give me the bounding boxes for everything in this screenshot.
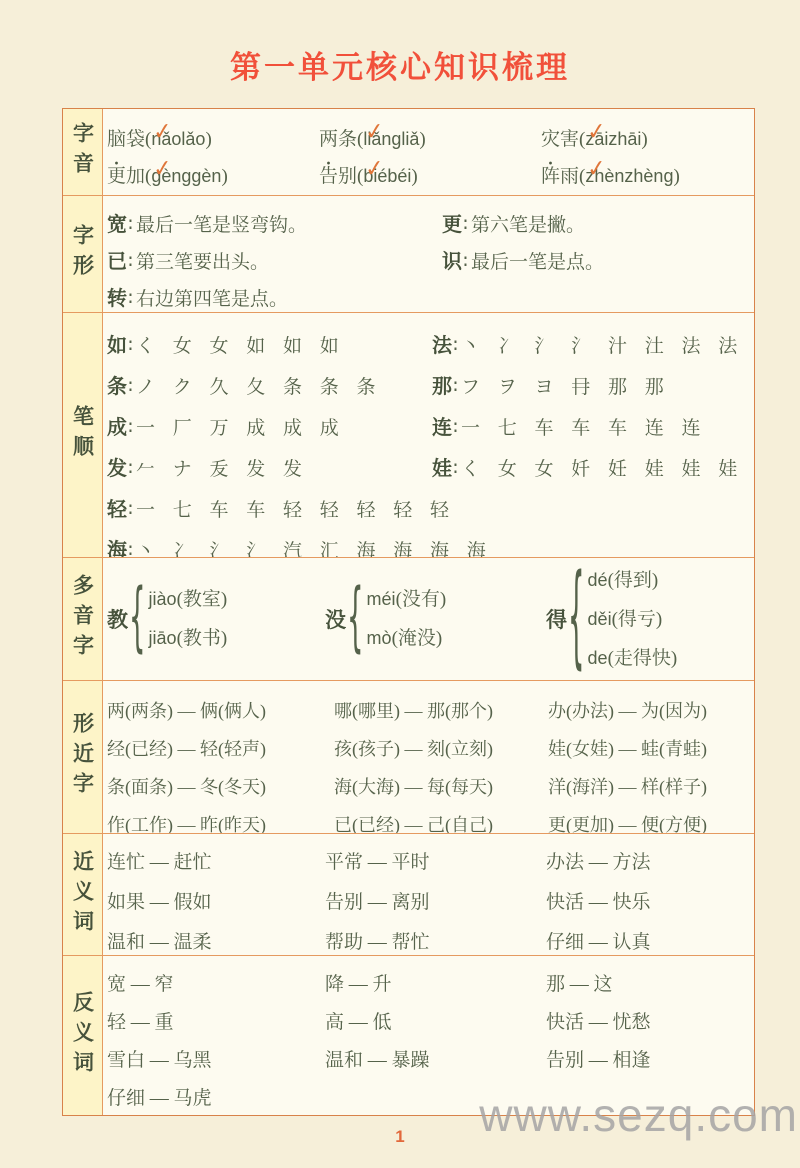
pinyin-wrong: zhèng: [624, 166, 673, 186]
row-label-xingjinzi: 形近字: [63, 681, 103, 833]
polyphone-option: dé(得到): [588, 561, 678, 600]
colon: ∶: [128, 289, 133, 310]
synonym-pair: 温和 — 温柔: [107, 923, 325, 956]
row-label-fanyici: 反义词: [63, 956, 103, 1115]
stroke-char: 那: [432, 376, 452, 398]
stroke-char: 法: [432, 335, 452, 357]
antonym-pair: 快活 — 忧愁: [546, 1004, 754, 1042]
stroke-order-item: 发∶𠂉 ナ 叐 发 发: [107, 449, 432, 490]
polyphone-group: 得 { dé(得到) děi(得亏) de(走得快): [546, 561, 754, 678]
similar-char-pair: 两(两条) — 俩(俩人): [107, 692, 334, 730]
stroke-note: 转∶右边第四笔是点。: [107, 281, 442, 313]
stroke-order-item: 那∶フ ヲ ヨ 冄 那 那: [432, 367, 754, 408]
synonym-pair: 如果 — 假如: [107, 883, 325, 923]
check-icon: ✓: [151, 113, 174, 152]
stroke-note: 宽∶最后一笔是竖弯钩。: [107, 207, 442, 244]
colon: ∶: [463, 215, 468, 236]
row-ziyin: 字音 脑·袋(nǎo✓lǎo) 两·条(liǎng✓liǎ) 灾·害(zāi✓z…: [63, 109, 754, 196]
stroke-char: 连: [432, 417, 452, 439]
word-char: 袋: [126, 129, 145, 150]
colon: ∶: [128, 336, 133, 357]
stroke-sequence: 丶 冫 氵 氵 汽 汇 海 海 海 海: [136, 541, 486, 558]
similar-char-pair: 洋(海洋) — 样(样子): [548, 768, 754, 806]
pronunciation-item: 更·加(gèng✓gèn): [107, 158, 319, 195]
row-xingjinzi: 形近字 两(两条) — 俩(俩人) 哪(哪里) — 那(那个) 办(办法) — …: [63, 681, 754, 834]
antonym-pair: 仔细 — 马虎: [107, 1080, 325, 1115]
word-char: 更: [107, 166, 126, 187]
note-text: 最后一笔是竖弯钩。: [136, 215, 307, 236]
polyphone-option: mò(淹没): [367, 619, 447, 658]
note-text: 第三笔要出头。: [136, 252, 269, 273]
stroke-sequence: 一 厂 万 成 成 成: [136, 418, 339, 439]
similar-char-pair: 娃(女娃) — 蛙(青蛙): [548, 730, 754, 768]
antonym-pair: 雪白 — 乌黑: [107, 1042, 325, 1080]
pinyin: de: [588, 648, 608, 668]
example-word: (淹没): [392, 628, 443, 649]
antonym-pair: 降 — 升: [325, 966, 546, 1004]
paren: ): [221, 166, 227, 187]
colon: ∶: [463, 252, 468, 273]
word-char: 别: [338, 166, 357, 187]
colon: ∶: [128, 377, 133, 398]
paren: ): [205, 129, 211, 150]
synonym-pair: 连忙 — 赶忙: [107, 843, 325, 883]
polyphone-option: de(走得快): [588, 639, 678, 678]
similar-char-pair: 作(工作) — 昨(昨天): [107, 806, 334, 834]
note-char: 更: [442, 214, 462, 236]
pronunciation-item: 阵·雨(zhèn✓zhèng): [541, 158, 754, 195]
word-char: 两: [319, 129, 338, 150]
synonym-pair: 帮助 — 帮忙: [325, 923, 546, 956]
row-label-jinyici: 近义词: [63, 834, 103, 955]
synonym-pair: 告别 — 离别: [325, 883, 546, 923]
example-word: (教书): [177, 628, 228, 649]
stroke-order-item: 连∶一 七 车 车 车 连 连: [432, 408, 754, 449]
note-char: 识: [442, 251, 462, 273]
stroke-order-item: 法∶丶 冫 氵 氵 汁 汢 法 法: [432, 326, 754, 367]
colon: ∶: [128, 215, 133, 236]
stroke-order-item: 娃∶く 女 女 奷 妊 娃 娃 娃 娃: [432, 449, 754, 490]
stroke-order-item: 海∶丶 冫 氵 氵 汽 汇 海 海 海 海: [107, 531, 754, 558]
stroke-char: 如: [107, 335, 127, 357]
example-word: (教室): [177, 589, 228, 610]
brace-icon: {: [129, 576, 146, 663]
polyphone-option: děi(得亏): [588, 600, 678, 639]
stroke-sequence: く 女 女 如 如 如: [136, 336, 339, 357]
polyphone-char: 得: [546, 604, 567, 634]
word-char: 阵: [541, 166, 560, 187]
row-label-ziyin: 字音: [63, 109, 103, 195]
stroke-char: 海: [107, 540, 127, 558]
stroke-sequence: フ ヲ ヨ 冄 那 那: [461, 377, 664, 398]
duoyinzi-content: 教 { jiào(教室) jiāo(教书) 没 { méi(没有) mò(淹没)…: [103, 558, 754, 680]
pinyin: jiào: [149, 589, 177, 609]
colon: ∶: [128, 418, 133, 439]
brace-icon: {: [347, 576, 364, 663]
antonym-pair: 告别 — 相逢: [546, 1042, 754, 1080]
colon: ∶: [128, 500, 133, 521]
polyphone-group: 没 { méi(没有) mò(淹没): [325, 580, 546, 658]
note-text: 最后一笔是点。: [471, 252, 604, 273]
similar-char-pair: 办(办法) — 为(因为): [548, 692, 754, 730]
similar-char-pair: 已(已经) — 己(自己): [334, 806, 548, 834]
note-text: 第六笔是撇。: [471, 215, 585, 236]
colon: ∶: [453, 459, 458, 480]
polyphone-option: méi(没有): [367, 580, 447, 619]
pinyin-wrong: zhāi: [608, 129, 641, 149]
colon: ∶: [128, 459, 133, 480]
polyphone-option: jiāo(教书): [149, 619, 228, 658]
stroke-sequence: ノ ク 久 夂 条 条 条: [136, 377, 376, 398]
stroke-sequence: 丶 冫 氵 氵 汁 汢 法 法: [461, 336, 737, 357]
page-title: 第一单元核心知识梳理: [0, 42, 800, 87]
colon: ∶: [453, 418, 458, 439]
colon: ∶: [128, 252, 133, 273]
stroke-char: 成: [107, 417, 127, 439]
word-char: 灾: [541, 129, 560, 150]
pinyin: jiāo: [149, 628, 177, 648]
stroke-char: 发: [107, 458, 127, 480]
row-label-zixing: 字形: [63, 196, 103, 312]
stroke-char: 轻: [107, 499, 127, 521]
paren: ): [411, 166, 417, 187]
example-word: (走得快): [608, 648, 678, 669]
paren: ): [419, 129, 425, 150]
stroke-sequence: く 女 女 奷 妊 娃 娃 娃 娃: [461, 459, 754, 480]
note-text: 右边第四笔是点。: [136, 289, 288, 310]
paren: ): [641, 129, 647, 150]
stroke-sequence: 一 七 车 车 车 连 连: [461, 418, 701, 439]
polyphone-group: 教 { jiào(教室) jiāo(教书): [107, 580, 325, 658]
word-char: 雨: [560, 166, 579, 187]
bishun-content: 如∶く 女 女 如 如 如 法∶丶 冫 氵 氵 汁 汢 法 法 条∶ノ ク 久 …: [103, 313, 754, 557]
stroke-sequence: 一 七 车 车 轻 轻 轻 轻 轻: [136, 500, 449, 521]
similar-char-pair: 孩(孩子) — 刻(立刻): [334, 730, 548, 768]
pronunciation-item: 脑·袋(nǎo✓lǎo): [107, 121, 319, 158]
ziyin-content: 脑·袋(nǎo✓lǎo) 两·条(liǎng✓liǎ) 灾·害(zāi✓zhāi…: [103, 109, 754, 195]
antonym-pair: 高 — 低: [325, 1004, 546, 1042]
stroke-order-item: 如∶く 女 女 如 如 如: [107, 326, 432, 367]
synonym-pair: 快活 — 快乐: [546, 883, 754, 923]
pinyin: dé: [588, 570, 608, 590]
brace-icon: {: [568, 558, 585, 681]
knowledge-table: 字音 脑·袋(nǎo✓lǎo) 两·条(liǎng✓liǎ) 灾·害(zāi✓z…: [62, 108, 755, 1116]
pinyin: děi: [588, 609, 612, 629]
similar-char-pair: 条(面条) — 冬(冬天): [107, 768, 334, 806]
row-zixing: 字形 宽∶最后一笔是竖弯钩。 更∶第六笔是撇。 已∶第三笔要出头。 识∶最后一笔…: [63, 196, 754, 313]
example-word: (得到): [608, 570, 659, 591]
row-duoyinzi: 多音字 教 { jiào(教室) jiāo(教书) 没 { méi(没有) mò…: [63, 558, 754, 681]
check-icon: ✓: [585, 113, 608, 152]
example-word: (得亏): [612, 609, 663, 630]
watermark: www.sezq.com: [479, 1088, 798, 1142]
similar-char-pair: 经(已经) — 轻(轻声): [107, 730, 334, 768]
paren: ): [673, 166, 679, 187]
similar-char-pair: 哪(哪里) — 那(那个): [334, 692, 548, 730]
polyphone-char: 教: [107, 604, 128, 634]
xingjinzi-content: 两(两条) — 俩(俩人) 哪(哪里) — 那(那个) 办(办法) — 为(因为…: [103, 681, 754, 833]
antonym-pair: 温和 — 暴躁: [325, 1042, 546, 1080]
pinyin-wrong: béi: [387, 166, 411, 186]
synonym-pair: 平常 — 平时: [325, 843, 546, 883]
note-char: 宽: [107, 214, 127, 236]
note-char: 转: [107, 288, 127, 310]
stroke-order-item: 轻∶一 七 车 车 轻 轻 轻 轻 轻: [107, 490, 754, 531]
similar-char-pair: 海(大海) — 每(每天): [334, 768, 548, 806]
stroke-order-item: 条∶ノ ク 久 夂 条 条 条: [107, 367, 432, 408]
antonym-pair: 那 — 这: [546, 966, 754, 1004]
row-bishun: 笔顺 如∶く 女 女 如 如 如 法∶丶 冫 氵 氵 汁 汢 法 法 条∶ノ ク…: [63, 313, 754, 558]
similar-char-pair: 更(更加) — 便(方便): [548, 806, 754, 834]
example-word: (没有): [396, 589, 447, 610]
zixing-content: 宽∶最后一笔是竖弯钩。 更∶第六笔是撇。 已∶第三笔要出头。 识∶最后一笔是点。…: [103, 196, 754, 312]
stroke-order-item: 成∶一 厂 万 成 成 成: [107, 408, 432, 449]
stroke-sequence: 𠂉 ナ 叐 发 发: [136, 459, 302, 480]
pinyin: mò: [367, 628, 392, 648]
synonym-pair: 仔细 — 认真: [546, 923, 754, 956]
pinyin-wrong: lǎo: [181, 129, 205, 149]
check-icon: ✓: [363, 113, 386, 152]
word-char: 加: [126, 166, 145, 187]
colon: ∶: [128, 541, 133, 558]
pronunciation-item: 灾·害(zāi✓zhāi): [541, 121, 754, 158]
pinyin: méi: [367, 589, 396, 609]
polyphone-char: 没: [325, 604, 346, 634]
row-jinyici: 近义词 连忙 — 赶忙 平常 — 平时 办法 — 方法 如果 — 假如 告别 —…: [63, 834, 754, 956]
row-label-duoyinzi: 多音字: [63, 558, 103, 680]
pinyin-wrong: liǎ: [401, 129, 419, 149]
antonym-pair: 宽 — 窄: [107, 966, 325, 1004]
pronunciation-item: 两·条(liǎng✓liǎ): [319, 121, 541, 158]
stroke-note: 识∶最后一笔是点。: [442, 244, 754, 281]
colon: ∶: [453, 336, 458, 357]
stroke-char: 条: [107, 376, 127, 398]
colon: ∶: [453, 377, 458, 398]
antonym-pair: 轻 — 重: [107, 1004, 325, 1042]
pronunciation-item: 告·别(bié✓béi): [319, 158, 541, 195]
stroke-note: 已∶第三笔要出头。: [107, 244, 442, 281]
polyphone-option: jiào(教室): [149, 580, 228, 619]
row-label-bishun: 笔顺: [63, 313, 103, 557]
synonym-pair: 办法 — 方法: [546, 843, 754, 883]
note-char: 已: [107, 251, 127, 273]
stroke-char: 娃: [432, 458, 452, 480]
word-char: 脑: [107, 129, 126, 150]
jinyici-content: 连忙 — 赶忙 平常 — 平时 办法 — 方法 如果 — 假如 告别 — 离别 …: [103, 834, 754, 955]
pinyin-wrong: gèn: [191, 166, 221, 186]
word-char: 害: [560, 129, 579, 150]
word-char: 告: [319, 166, 338, 187]
stroke-note: 更∶第六笔是撇。: [442, 207, 754, 244]
word-char: 条: [338, 129, 357, 150]
